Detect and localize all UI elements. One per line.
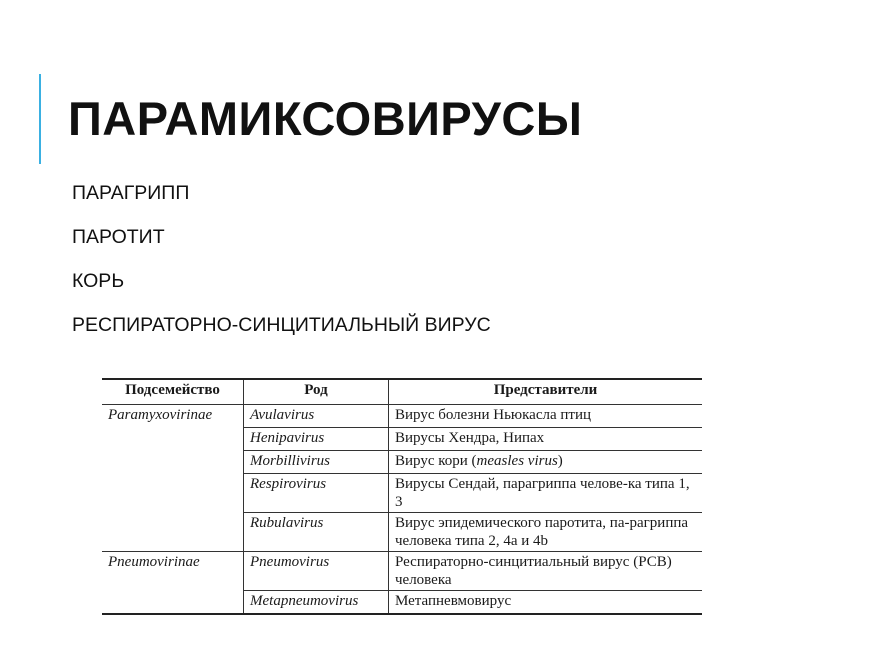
header-subfamily: Подсемейство (102, 379, 244, 405)
subfamily-cell: Pneumovirinae (102, 552, 244, 615)
list-item: ПАРАГРИПП (72, 182, 491, 204)
genus-cell: Pneumovirus (244, 552, 389, 591)
genus-cell: Avulavirus (244, 405, 389, 428)
representatives-cell: Метапневмовирус (389, 591, 703, 615)
list-item: КОРЬ (72, 270, 491, 292)
list-item: ПАРОТИТ (72, 226, 491, 248)
genus-cell: Rubulavirus (244, 513, 389, 552)
genus-cell: Morbillivirus (244, 451, 389, 474)
disease-list: ПАРАГРИПП ПАРОТИТ КОРЬ РЕСПИРАТОРНО-СИНЦ… (72, 182, 491, 358)
paramyxovirus-classification-table: Подсемейство Род Представители Paramyxov… (102, 378, 702, 615)
header-representatives: Представители (389, 379, 703, 405)
genus-cell: Metapneumovirus (244, 591, 389, 615)
list-item: РЕСПИРАТОРНО-СИНЦИТИАЛЬНЫЙ ВИРУС (72, 314, 491, 336)
representatives-cell: Вирусы Сендай, парагриппа челове-ка типа… (389, 474, 703, 513)
genus-cell: Henipavirus (244, 428, 389, 451)
slide-title: ПАРАМИКСОВИРУСЫ (68, 88, 582, 150)
table-row: Pneumovirinae Pneumovirus Респираторно-с… (102, 552, 702, 591)
title-accent-bar (39, 74, 41, 164)
header-genus: Род (244, 379, 389, 405)
table-row: Paramyxovirinae Avulavirus Вирус болезни… (102, 405, 702, 428)
subfamily-cell: Paramyxovirinae (102, 405, 244, 552)
representatives-cell: Вирус кори (measles virus) (389, 451, 703, 474)
representatives-cell: Вирус эпидемического паротита, па-рагрип… (389, 513, 703, 552)
representatives-cell: Респираторно-синцитиальный вирус (РСВ) ч… (389, 552, 703, 591)
table-header-row: Подсемейство Род Представители (102, 379, 702, 405)
representatives-cell: Вирусы Хендра, Нипах (389, 428, 703, 451)
genus-cell: Respirovirus (244, 474, 389, 513)
representatives-cell: Вирус болезни Ньюкасла птиц (389, 405, 703, 428)
